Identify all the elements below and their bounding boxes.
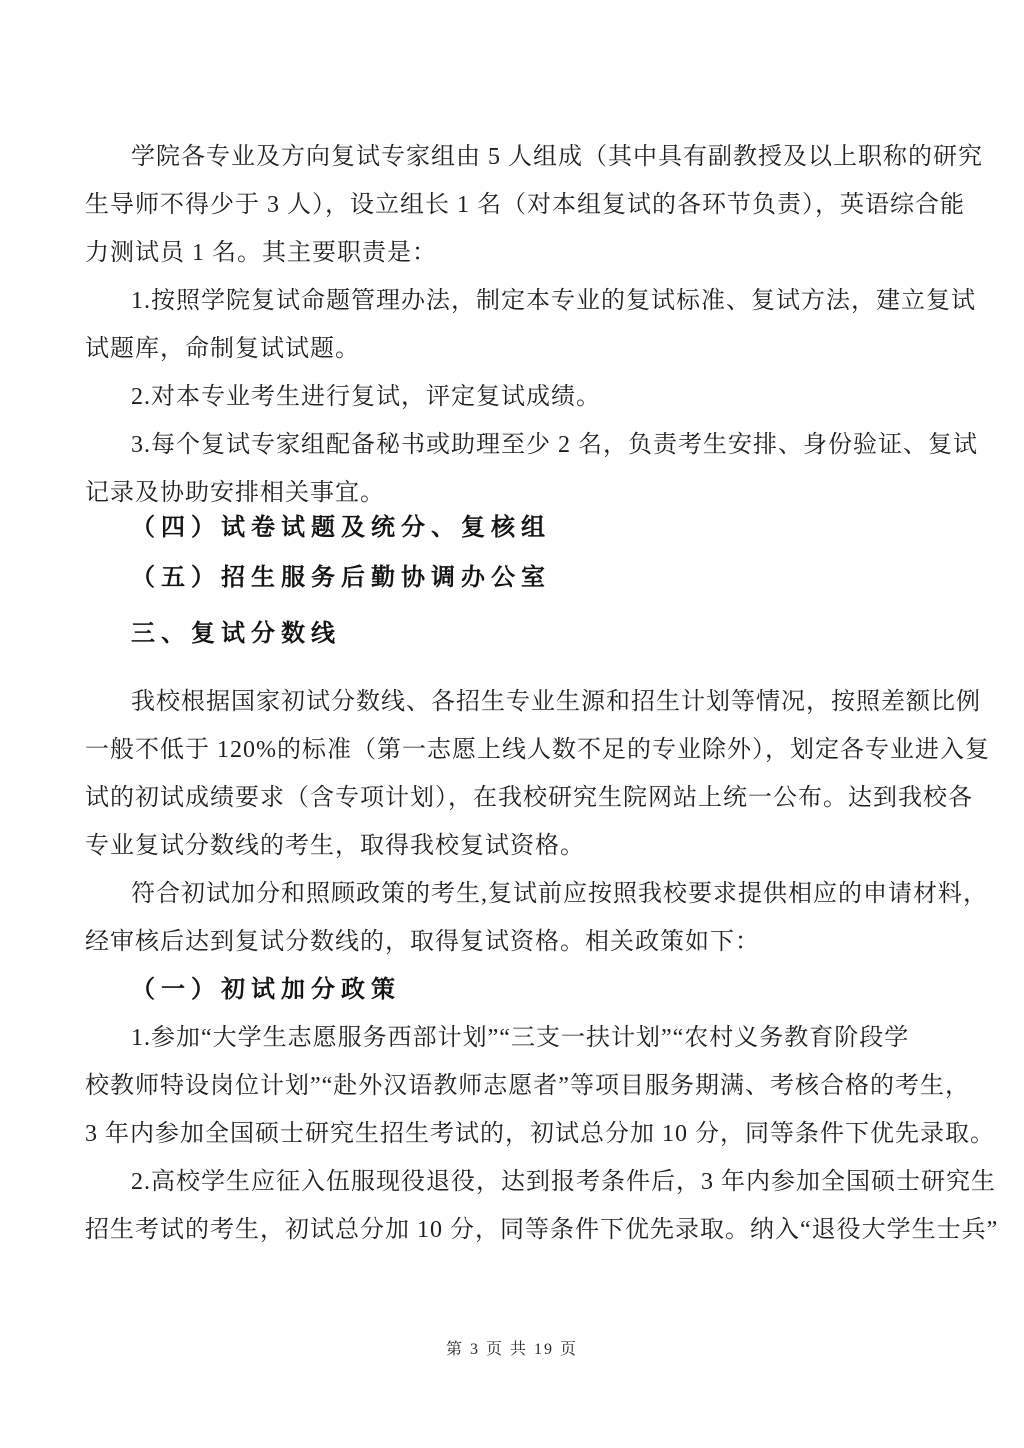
text-line: 一般不低于 120%的标准（第一志愿上线人数不足的专业除外），划定各专业进入复 <box>85 726 990 774</box>
heading-chapter-three: 三、复试分数线 <box>85 610 990 658</box>
text-line: 专业复试分数线的考生，取得我校复试资格。 <box>85 822 990 870</box>
text-line: 试题库，命制复试试题。 <box>85 325 990 373</box>
page-number: 第 3 页 共 19 页 <box>0 1338 1024 1362</box>
text-line: 2.高校学生应征入伍服现役退役，达到报考条件后，3 年内参加全国硕士研究生 <box>85 1158 990 1206</box>
text-line: 3 年内参加全国硕士研究生招生考试的，初试总分加 10 分，同等条件下优先录取。 <box>85 1110 990 1158</box>
text-line: 学院各专业及方向复试专家组由 5 人组成（其中具有副教授及以上职称的研究 <box>85 133 990 181</box>
text-line: 力测试员 1 名。其主要职责是： <box>85 229 990 277</box>
text-line: 生导师不得少于 3 人），设立组长 1 名（对本组复试的各环节负责），英语综合能 <box>85 181 990 229</box>
text-line: 3.每个复试专家组配备秘书或助理至少 2 名，负责考生安排、身份验证、复试 <box>85 421 990 469</box>
text-line: 校教师特设岗位计划”“赴外汉语教师志愿者”等项目服务期满、考核合格的考生， <box>85 1062 990 1110</box>
heading-section-one: （一）初试加分政策 <box>85 966 990 1014</box>
text-line: 我校根据国家初试分数线、各招生专业生源和招生计划等情况，按照差额比例 <box>85 678 990 726</box>
heading-section-four: （四）试卷试题及统分、复核组 <box>85 504 990 552</box>
text-line: 1.按照学院复试命题管理办法，制定本专业的复试标准、复试方法，建立复试 <box>85 277 990 325</box>
text-line: 2.对本专业考生进行复试，评定复试成绩。 <box>85 373 990 421</box>
text-line: 试的初试成绩要求（含专项计划），在我校研究生院网站上统一公布。达到我校各 <box>85 774 990 822</box>
heading-section-five: （五）招生服务后勤协调办公室 <box>85 554 990 602</box>
text-line: 符合初试加分和照顾政策的考生,复试前应按照我校要求提供相应的申请材料， <box>85 870 990 918</box>
text-line: 1.参加“大学生志愿服务西部计划”“三支一扶计划”“农村义务教育阶段学 <box>85 1014 990 1062</box>
text-line: 经审核后达到复试分数线的，取得复试资格。相关政策如下： <box>85 918 990 966</box>
text-line: 招生考试的考生，初试总分加 10 分，同等条件下优先录取。纳入“退役大学生士兵” <box>85 1206 990 1254</box>
document-page: 学院各专业及方向复试专家组由 5 人组成（其中具有副教授及以上职称的研究 生导师… <box>0 0 1024 1448</box>
document-body: 学院各专业及方向复试专家组由 5 人组成（其中具有副教授及以上职称的研究 生导师… <box>85 133 990 1254</box>
